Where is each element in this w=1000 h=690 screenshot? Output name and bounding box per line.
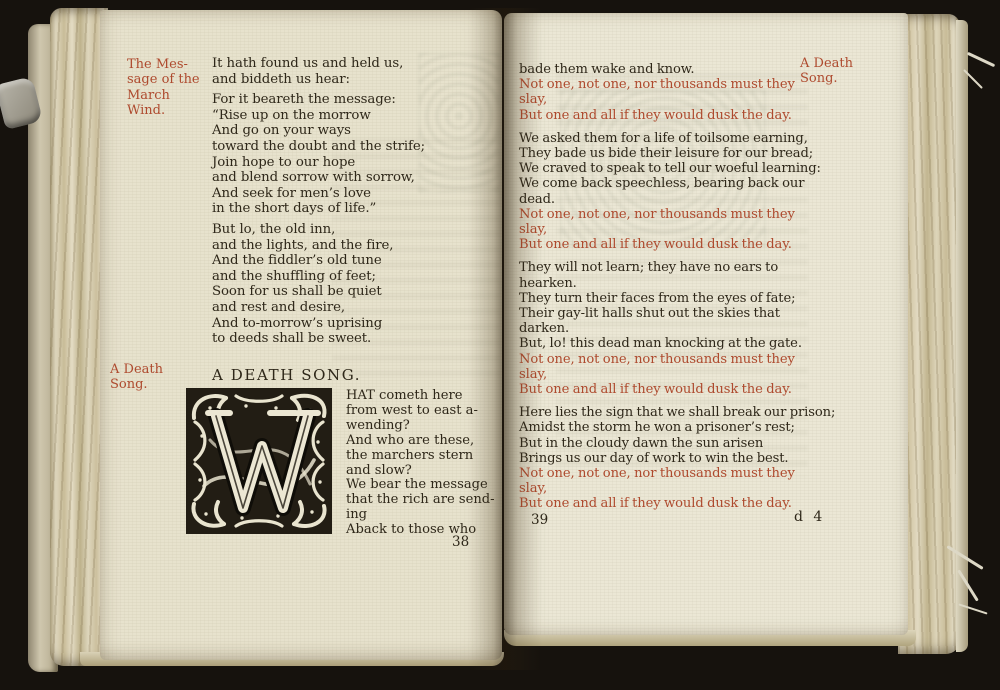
poem-line: Their gay-lit halls shut out the skies t…: [519, 306, 835, 321]
poem-line: slay,: [519, 222, 835, 237]
poem-line: We bear the message: [346, 478, 495, 493]
poem-line: “Rise up on the morrow: [212, 108, 425, 124]
poem-line: Song.: [110, 377, 163, 392]
poem-line: Wind.: [127, 103, 200, 118]
poem-line: that the rich are send-: [346, 493, 495, 508]
page-number-39: 39: [531, 512, 548, 528]
poem-lines-beside-initial: HAT cometh herefrom west to east a-wendi…: [346, 389, 495, 538]
poem-line: slay,: [519, 481, 835, 496]
poem-line: HAT cometh here: [346, 389, 495, 404]
poem-line: and the lights, and the fire,: [212, 238, 425, 254]
poem-line: ing: [346, 508, 495, 523]
poem-line: and biddeth us hear:: [212, 72, 425, 88]
loose-thread: [967, 52, 995, 67]
poem-stanza-red: Not one, not one, nor thousands must the…: [519, 207, 835, 253]
page-left: The Mes-sage of theMarchWind. A DeathSon…: [100, 10, 502, 660]
poem-column-right: bade them wake and know.Not one, not one…: [519, 62, 835, 512]
stanza-gap: [519, 123, 835, 131]
poem-line: dead.: [519, 192, 835, 207]
poem-stanza-red: Not one, not one, nor thousands must the…: [519, 466, 835, 512]
poem-line: Amidst the storm he won a prisoner’s res…: [519, 420, 835, 435]
poem-line: Not one, not one, nor thousands must the…: [519, 77, 835, 92]
poem-stanza-black: We asked them for a life of toilsome ear…: [519, 131, 835, 207]
poem-line: March: [127, 88, 200, 103]
poem-line: And to-morrow’s uprising: [212, 316, 425, 332]
poem-line: They will not learn; they have no ears t…: [519, 260, 835, 275]
poem-line: But, lo! this dead man knocking at the g…: [519, 336, 835, 351]
poem-line: For it beareth the message:: [212, 92, 425, 108]
poem-line: We come back speechless, bearing back ou…: [519, 176, 835, 191]
poem-line: But one and all if they would dusk the d…: [519, 382, 835, 397]
poem-line: to deeds shall be sweet.: [212, 331, 425, 347]
stanza-gap: [519, 397, 835, 405]
poem-line: And the fiddler’s old tune: [212, 253, 425, 269]
stanza-gap: [519, 252, 835, 260]
poem-line: slay,: [519, 92, 835, 107]
poem-line: But lo, the old inn,: [212, 222, 425, 238]
poem-stanza-black: For it beareth the message:“Rise up on t…: [212, 92, 425, 217]
poem-line: And seek for men’s love: [212, 186, 425, 202]
woodcut-initial-art: [186, 388, 332, 534]
page-right: A DeathSong. bade them wake and know.Not…: [504, 13, 908, 635]
poem-line: Soon for us shall be quiet: [212, 284, 425, 300]
poem-line: The Mes-: [127, 57, 200, 72]
poem-line: and slow?: [346, 464, 495, 479]
poem-line: the marchers stern: [346, 449, 495, 464]
poem-line: sage of the: [127, 72, 200, 87]
poem-line: toward the doubt and the strife;: [212, 139, 425, 155]
poem-line: Brings us our day of work to win the bes…: [519, 451, 835, 466]
poem-line: They turn their faces from the eyes of f…: [519, 291, 835, 306]
poem-line: And who are these,: [346, 434, 495, 449]
poem-line: slay,: [519, 367, 835, 382]
poem-line: and the shuffling of feet;: [212, 269, 425, 285]
poem-line: wending?: [346, 419, 495, 434]
open-book-photo: The Mes-sage of theMarchWind. A DeathSon…: [0, 0, 1000, 690]
poem-line: We asked them for a life of toilsome ear…: [519, 131, 835, 146]
poem-line: bade them wake and know.: [519, 62, 835, 77]
poem-line: But one and all if they would dusk the d…: [519, 237, 835, 252]
poem-line: darken.: [519, 321, 835, 336]
poem-stanza-black: They will not learn; they have no ears t…: [519, 260, 835, 351]
poem-line: It hath found us and held us,: [212, 56, 425, 72]
poem-line: hearken.: [519, 276, 835, 291]
poem-line: But one and all if they would dusk the d…: [519, 496, 835, 511]
decorative-initial-W: W: [186, 388, 332, 534]
poem-stanza-red: Not one, not one, nor thousands must the…: [519, 352, 835, 398]
signature-mark: d 4: [794, 509, 825, 525]
poem-stanza-black: bade them wake and know.: [519, 62, 835, 77]
poem-line: We craved to speak to tell our woeful le…: [519, 161, 835, 176]
margin-note-march-wind: The Mes-sage of theMarchWind.: [127, 57, 200, 119]
poem-line: They bade us bide their leisure for our …: [519, 146, 835, 161]
margin-note-death-song: A DeathSong.: [110, 362, 163, 393]
poem-stanza-black: Here lies the sign that we shall break o…: [519, 405, 835, 466]
poem-line: And go on your ways: [212, 123, 425, 139]
poem-heading: A DEATH SONG.: [212, 366, 361, 384]
poem-line: Not one, not one, nor thousands must the…: [519, 207, 835, 222]
poem-line: Aback to those who: [346, 523, 495, 538]
poem-stanza-black: It hath found us and held us,and biddeth…: [212, 56, 425, 87]
poem-line: from west to east a-: [346, 404, 495, 419]
page-number-38: 38: [452, 534, 469, 550]
poem-line: But in the cloudy dawn the sun arisen: [519, 436, 835, 451]
poem-line: Here lies the sign that we shall break o…: [519, 405, 835, 420]
poem-line: But one and all if they would dusk the d…: [519, 108, 835, 123]
poem-line: Not one, not one, nor thousands must the…: [519, 352, 835, 367]
poem-stanza-black: But lo, the old inn,and the lights, and …: [212, 222, 425, 347]
poem-line: A Death: [110, 362, 163, 377]
poem-line: and rest and desire,: [212, 300, 425, 316]
poem-line: in the short days of life.”: [212, 201, 425, 217]
poem-line: Join hope to our hope: [212, 155, 425, 171]
poem-line: Not one, not one, nor thousands must the…: [519, 466, 835, 481]
poem-column-left: It hath found us and held us,and biddeth…: [212, 56, 425, 347]
poem-line: and blend sorrow with sorrow,: [212, 170, 425, 186]
poem-stanza-red: Not one, not one, nor thousands must the…: [519, 77, 835, 123]
